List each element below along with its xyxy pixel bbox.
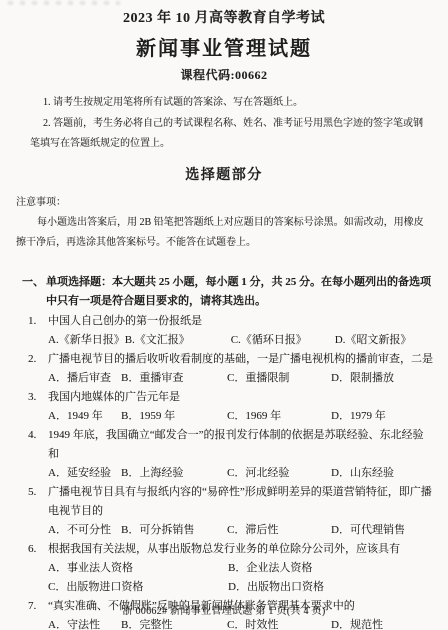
question-4: 4.1949 年底，我国确立“邮发合一”的报刊发行体制的依据是苏联经验、东北经验… [28,426,434,483]
question-2: 2.广播电视节目的播后收听收看制度的基础，一是广播电视机构的播前审查，二是A．播… [28,350,434,388]
answer-option: D．1979 年 [331,407,434,426]
answer-option: D．山东经验 [331,464,434,483]
answer-option: D.《昭文新报》 [335,331,434,350]
question-number: 5. [28,483,48,521]
answer-option: D．出版物出口资格 [228,578,434,597]
question-options: A．1949 年B．1959 年C．1969 年D．1979 年 [48,407,434,426]
question-stem-row: 1.中国人自己创办的第一份报纸是 [28,312,434,331]
question-number: 1. [28,312,48,331]
question-options: A．事业法人资格B．企业法人资格C．出版物进口资格D．出版物出口资格 [48,559,434,597]
question-stem-row: 4.1949 年底，我国确立“邮发合一”的报刊发行体制的依据是苏联经验、东北经验… [28,426,434,464]
question-3: 3.我国内地媒体的广告元年是A．1949 年B．1959 年C．1969 年D．… [28,388,434,426]
answer-option: D．规范性 [331,616,434,630]
part-one-heading: 一、 单项选择题：本大题共 25 小题，每小题 1 分，共 25 分。在每小题列… [22,273,432,311]
exam-title: 新闻事业管理试题 [0,32,448,61]
answer-option: A．事业法人资格 [48,559,228,578]
question-number: 2. [28,350,48,369]
answer-option: A．播后审查 [48,369,121,388]
answer-option: C．河北经验 [227,464,331,483]
question-options: A．播后审查B．重播审查C．重播限制D．限制播放 [48,369,434,388]
question-stem-row: 3.我国内地媒体的广告元年是 [28,388,434,407]
course-code: 课程代码:00662 [0,66,448,83]
question-number: 6. [28,540,48,559]
instruction-item-2: 2. 答题前，考生务必将自己的考试课程名称、姓名、准考证号用黑色字迹的签字笔或钢… [30,114,428,155]
question-stem: 根据我国有关法规，从事出版物总发行业务的单位除分公司外，应该具有 [48,540,434,559]
answer-option: A．守法性 [48,616,121,630]
notice-label: 注意事项： [16,193,430,213]
exam-paper-page: 2023 年 10 月高等教育自学考试 新闻事业管理试题 课程代码:00662 … [0,0,448,630]
part-one-number: 一、 [22,273,46,311]
question-stem-row: 2.广播电视节目的播后收听收看制度的基础，一是广播电视机构的播前审查，二是 [28,350,434,369]
part-one-title: 单项选择题：本大题共 25 小题，每小题 1 分，共 25 分。在每小题列出的备… [46,273,432,311]
question-options: A．守法性B．完整性C．时效性D．规范性 [48,616,434,630]
question-list: 1.中国人自己创办的第一份报纸是A.《新华日报》B.《文汇报》C.《循环日报》D… [28,312,434,630]
answer-option: B.《文汇报》 [125,331,231,350]
answer-option: B．1959 年 [121,407,227,426]
answer-option: D．可代理销售 [331,521,434,540]
question-number: 3. [28,388,48,407]
page-footer: 浙 00662# 新闻事业管理试题 第 1 页(共 4 页) [0,602,448,617]
question-stem: 广播电视节目的播后收听收看制度的基础，一是广播电视机构的播前审查，二是 [48,350,434,369]
answer-option: C.《循环日报》 [231,331,335,350]
question-options: A．延安经验B．上海经验C．河北经验D．山东经验 [48,464,434,483]
paper-header: 2023 年 10 月高等教育自学考试 新闻事业管理试题 课程代码:00662 [0,0,448,83]
answer-option: C．时效性 [227,616,331,630]
question-stem: 中国人自己创办的第一份报纸是 [48,312,434,331]
question-stem: 我国内地媒体的广告元年是 [48,388,434,407]
section-heading: 选择题部分 [0,164,448,184]
answer-option: C．重播限制 [227,369,331,388]
answer-option: B．上海经验 [121,464,227,483]
question-1: 1.中国人自己创办的第一份报纸是A.《新华日报》B.《文汇报》C.《循环日报》D… [28,312,434,350]
answer-option: A．不可分性 [48,521,121,540]
question-stem-row: 6.根据我国有关法规，从事出版物总发行业务的单位除分公司外，应该具有 [28,540,434,559]
answer-option: B．可分拆销售 [121,521,227,540]
question-stem: 1949 年底，我国确立“邮发合一”的报刊发行体制的依据是苏联经验、东北经验和 [48,426,434,464]
question-number: 4. [28,426,48,464]
question-stem: 广播电视节目具有与报纸内容的“易碎性”形成鲜明差异的渠道营销特征，即广播电视节目… [48,483,434,521]
answer-option: C．出版物进口资格 [48,578,228,597]
answer-option: A．1949 年 [48,407,121,426]
answer-option: C．1969 年 [227,407,331,426]
answer-option: D．限制播放 [331,369,434,388]
notice-block: 注意事项： 每小题选出答案后，用 2B 铅笔把答题纸上对应题目的答案标号涂黑。如… [16,193,430,253]
answer-option: B．企业法人资格 [228,559,434,578]
question-6: 6.根据我国有关法规，从事出版物总发行业务的单位除分公司外，应该具有A．事业法人… [28,540,434,597]
question-options: A.《新华日报》B.《文汇报》C.《循环日报》D.《昭文新报》 [48,331,434,350]
answer-option: C．滞后性 [227,521,331,540]
question-5: 5.广播电视节目具有与报纸内容的“易碎性”形成鲜明差异的渠道营销特征，即广播电视… [28,483,434,540]
answer-option: B．重播审查 [121,369,227,388]
answer-option: A．延安经验 [48,464,121,483]
question-stem-row: 5.广播电视节目具有与报纸内容的“易碎性”形成鲜明差异的渠道营销特征，即广播电视… [28,483,434,521]
exam-session-title: 2023 年 10 月高等教育自学考试 [0,7,448,27]
candidate-instructions: 1. 请考生按规定用笔将所有试题的答案涂、写在答题纸上。 2. 答题前，考生务必… [30,93,428,155]
instruction-item-1: 1. 请考生按规定用笔将所有试题的答案涂、写在答题纸上。 [30,93,428,114]
scan-artifact [8,1,120,5]
notice-body: 每小题选出答案后，用 2B 铅笔把答题纸上对应题目的答案标号涂黑。如需改动，用橡… [16,213,430,253]
question-options: A．不可分性B．可分拆销售C．滞后性D．可代理销售 [48,521,434,540]
answer-option: A.《新华日报》 [48,331,125,350]
answer-option: B．完整性 [121,616,227,630]
